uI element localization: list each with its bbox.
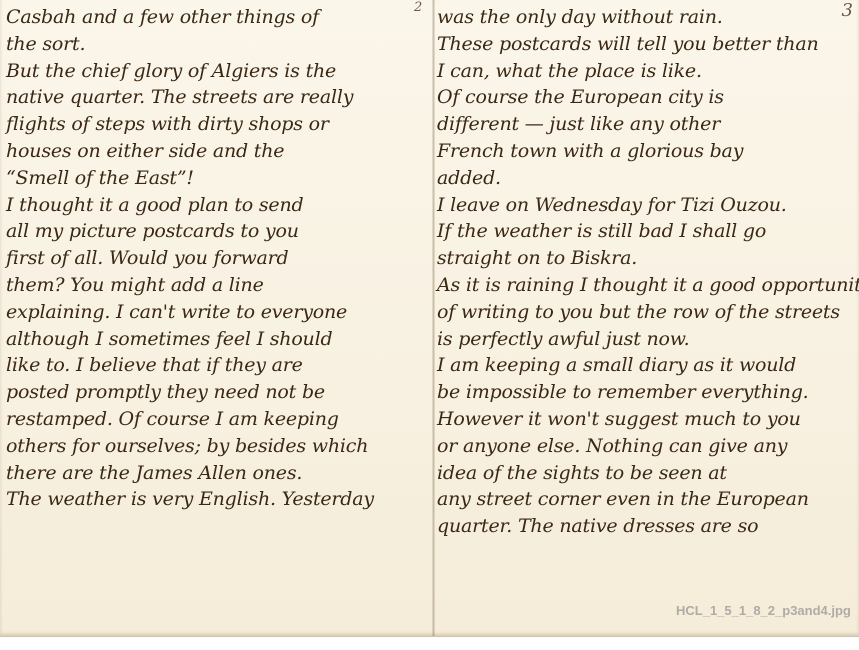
- handwritten-line: them? You might add a line: [6, 272, 432, 299]
- handwritten-line: posted promptly they need not be: [6, 379, 432, 406]
- letter-scan: 2 Casbah and a few other things of the s…: [0, 0, 859, 637]
- handwritten-line: flights of steps with dirty shops or: [6, 111, 432, 138]
- letter-page-right: 3 was the only day without rain. These p…: [435, 0, 859, 636]
- handwritten-line: Casbah and a few other things of: [6, 4, 432, 31]
- handwritten-line: different — just like any other: [437, 111, 859, 138]
- handwritten-line: The weather is very English. Yesterday: [6, 486, 432, 513]
- handwritten-line: However it won't suggest much to you: [437, 406, 859, 433]
- handwritten-line: any street corner even in the European: [437, 486, 859, 513]
- handwritten-line: “Smell of the East”!: [6, 165, 432, 192]
- handwritten-line: Of course the European city is: [437, 84, 859, 111]
- handwritten-lines: was the only day without rain. These pos…: [437, 4, 859, 540]
- letter-page-left: 2 Casbah and a few other things of the s…: [0, 0, 432, 636]
- handwritten-line: is perfectly awful just now.: [437, 326, 859, 353]
- handwritten-line: native quarter. The streets are really: [6, 84, 432, 111]
- handwritten-line: there are the James Allen ones.: [6, 460, 432, 487]
- handwritten-line: was the only day without rain.: [437, 4, 859, 31]
- handwritten-line: straight on to Biskra.: [437, 245, 859, 272]
- filename-watermark: HCL_1_5_1_8_2_p3and4.jpg: [676, 603, 856, 619]
- handwritten-line: But the chief glory of Algiers is the: [6, 58, 432, 85]
- handwritten-line: restamped. Of course I am keeping: [6, 406, 432, 433]
- handwritten-line: If the weather is still bad I shall go: [437, 218, 859, 245]
- handwritten-lines: Casbah and a few other things of the sor…: [6, 4, 432, 513]
- handwritten-line: be impossible to remember everything.: [437, 379, 859, 406]
- handwritten-line: added.: [437, 165, 859, 192]
- handwritten-line: I can, what the place is like.: [437, 58, 859, 85]
- handwritten-line: I am keeping a small diary as it would: [437, 352, 859, 379]
- handwritten-line: although I sometimes feel I should: [6, 326, 432, 353]
- handwritten-line: quarter. The native dresses are so: [437, 513, 859, 540]
- handwritten-line: or anyone else. Nothing can give any: [437, 433, 859, 460]
- handwritten-line: I thought it a good plan to send: [6, 192, 432, 219]
- handwritten-line: I leave on Wednesday for Tizi Ouzou.: [437, 192, 859, 219]
- handwritten-line: French town with a glorious bay: [437, 138, 859, 165]
- handwritten-line: like to. I believe that if they are: [6, 352, 432, 379]
- handwritten-line: As it is raining I thought it a good opp…: [437, 272, 859, 299]
- handwritten-line: These postcards will tell you better tha…: [437, 31, 859, 58]
- handwritten-line: explaining. I can't write to everyone: [6, 299, 432, 326]
- handwritten-line: others for ourselves; by besides which: [6, 433, 432, 460]
- handwritten-line: of writing to you but the row of the str…: [437, 299, 859, 326]
- handwritten-line: first of all. Would you forward: [6, 245, 432, 272]
- handwritten-line: houses on either side and the: [6, 138, 432, 165]
- handwritten-line: idea of the sights to be seen at: [437, 460, 859, 487]
- handwritten-line: all my picture postcards to you: [6, 218, 432, 245]
- handwritten-line: the sort.: [6, 31, 432, 58]
